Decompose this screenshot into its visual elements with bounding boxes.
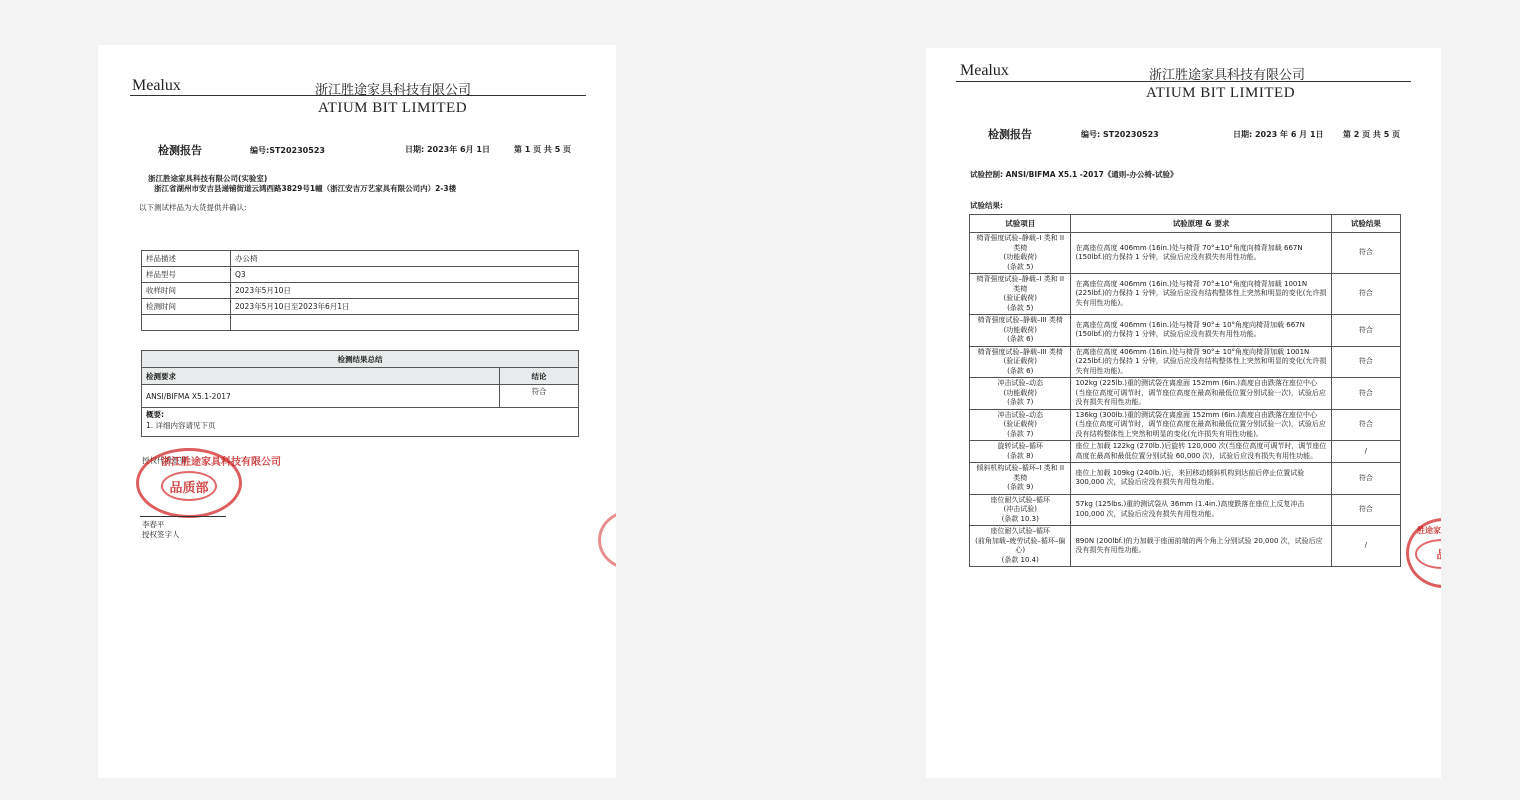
sample-info-row <box>142 315 579 331</box>
test-item: 冲击试验–动态 (验证载荷) (条款 7) <box>970 409 1071 441</box>
overview-text: 1. 详细内容请见下页 <box>146 420 574 431</box>
test-requirement: 57kg (125lbs.)重的测试袋从 36mm (1.4in.)高度跌落在座… <box>1071 494 1331 526</box>
header-rule <box>130 95 586 96</box>
test-result: 符合 <box>1331 409 1400 441</box>
test-result-row: 座位耐久试验–循环 (冲击试验) (条款 10.3)57kg (125lbs.)… <box>970 494 1401 526</box>
test-result: 符合 <box>1331 274 1400 315</box>
sample-info-value: 2023年5月10日至2023年6月1日 <box>231 299 579 315</box>
signatory-role: 授权签字人 <box>142 529 180 540</box>
company-name-en: ATIUM BIT LIMITED <box>318 100 467 117</box>
test-requirement: 136kg (300lb.)重的测试袋在离座面 152mm (6in.)高度自由… <box>1071 409 1331 441</box>
summary-overview: 概要: 1. 详细内容请见下页 <box>142 408 579 437</box>
report-date: 日期: 2023年 6月 1日 <box>405 144 490 155</box>
sample-info-label: 样品描述 <box>142 251 231 267</box>
test-result-row: 旋转试验–循环 (条款 8)座位上加载 122kg (270lb.)后旋转 12… <box>970 441 1401 463</box>
stamp-arc-text: 浙江胜途家具科技有限公司 <box>161 453 281 468</box>
test-result: / <box>1331 526 1400 567</box>
stamp-dept: 品 <box>1415 539 1441 569</box>
test-result-row: 椅背强度试验–静载–I 类和 II 类椅 (功能载荷) (条款 5)在离座位高度… <box>970 233 1401 274</box>
summary-conclusion: 符合 <box>500 385 579 408</box>
test-item: 椅背强度试验–静载–III 类椅 (功能载荷) (条款 6) <box>970 315 1071 347</box>
test-result: 符合 <box>1331 315 1400 347</box>
sample-info-row: 检测时间2023年5月10日至2023年6月1日 <box>142 299 579 315</box>
report-title: 检测报告 <box>158 142 202 158</box>
sample-info-row: 样品描述办公椅 <box>142 251 579 267</box>
test-item: 倾斜机构试验–循环–I 类和 II 类椅 (条款 9) <box>970 463 1071 495</box>
sample-info-label: 检测时间 <box>142 299 231 315</box>
test-results-table: 试验项目 试验原理 & 要求 试验结果 椅背强度试验–静载–I 类和 II 类椅… <box>969 214 1401 567</box>
brand-logo-text: Mealux <box>960 62 1009 80</box>
partial-seal-stamp-right-edge: 胜途家 品 <box>1406 518 1441 588</box>
col-test-item: 试验项目 <box>970 215 1071 233</box>
results-label: 试验结果: <box>970 200 1003 211</box>
col-conclusion: 结论 <box>500 368 579 385</box>
brand-logo-text: Mealux <box>132 77 181 95</box>
sample-info-value <box>231 315 579 331</box>
sample-info-value: Q3 <box>231 267 579 283</box>
test-requirement: 在离座位高度 406mm (16in.)处与椅背 70°±10°角度向椅背加载 … <box>1071 274 1331 315</box>
test-result-row: 椅背强度试验–静载–III 类椅 (功能载荷) (条款 6)在离座位高度 406… <box>970 315 1401 347</box>
lab-address: 浙江省湖州市安吉县递铺街道云鸿西路3829号1幢（浙江安吉万艺家具有限公司内）2… <box>154 183 456 194</box>
header-rule <box>956 81 1411 82</box>
report-number: 编号: ST20230523 <box>1081 129 1159 140</box>
test-result: 符合 <box>1331 378 1400 410</box>
test-requirement: 在离座位高度 406mm (16in.)处与椅背 90°± 10°角度向椅背加载… <box>1071 315 1331 347</box>
test-requirement: 在离座位高度 406mm (16in.)处与椅背 70°±10°角度向椅背加载 … <box>1071 233 1331 274</box>
stamp-dept: 品质部 <box>161 471 217 501</box>
test-item: 椅背强度试验–静载–I 类和 II 类椅 (功能载荷) (条款 5) <box>970 233 1071 274</box>
col-principle-requirement: 试验原理 & 要求 <box>1071 215 1331 233</box>
test-requirement: 座位上加载 109kg (240lb.)后，来回移动倾斜机构到达前后停止位置试验… <box>1071 463 1331 495</box>
sample-info-label: 收样时间 <box>142 283 231 299</box>
sample-info-label <box>142 315 231 331</box>
test-requirement: 102kg (225lb.)重的测试袋在离座面 152mm (6in.)高度自由… <box>1071 378 1331 410</box>
test-result: 符合 <box>1331 494 1400 526</box>
sample-info-row: 样品型号Q3 <box>142 267 579 283</box>
sample-info-table: 样品描述办公椅样品型号Q3收样时间2023年5月10日检测时间2023年5月10… <box>141 250 579 331</box>
stamp-arc-text: 胜途家 <box>1417 525 1441 536</box>
partial-seal-stamp-right-edge <box>598 510 616 570</box>
report-date: 日期: 2023 年 6 月 1日 <box>1233 129 1324 140</box>
test-result-row: 椅背强度试验–静载–I 类和 II 类椅 (验证载荷) (条款 5)在离座位高度… <box>970 274 1401 315</box>
company-name-en: ATIUM BIT LIMITED <box>1146 85 1295 102</box>
test-requirement: 座位上加载 122kg (270lb.)后旋转 120,000 次(当座位高度可… <box>1071 441 1331 463</box>
report-title: 检测报告 <box>988 126 1032 142</box>
test-result: / <box>1331 441 1400 463</box>
test-result: 符合 <box>1331 346 1400 378</box>
sample-info-label: 样品型号 <box>142 267 231 283</box>
test-item: 冲击试验–动态 (功能载荷) (条款 7) <box>970 378 1071 410</box>
report-page-2: Mealux 浙江胜途家具科技有限公司 ATIUM BIT LIMITED 检测… <box>926 48 1441 778</box>
test-result: 符合 <box>1331 463 1400 495</box>
sample-info-value: 办公椅 <box>231 251 579 267</box>
col-test-result: 试验结果 <box>1331 215 1400 233</box>
report-number: 编号:ST20230523 <box>250 145 325 156</box>
summary-title: 检测结果总结 <box>142 351 579 368</box>
test-result: 符合 <box>1331 233 1400 274</box>
overview-label: 概要: <box>146 409 574 420</box>
test-item: 旋转试验–循环 (条款 8) <box>970 441 1071 463</box>
signature-line <box>140 516 226 517</box>
sample-note: 以下测试样品为大货提供并确认: <box>139 202 247 213</box>
test-item: 椅背强度试验–静载–I 类和 II 类椅 (验证载荷) (条款 5) <box>970 274 1071 315</box>
col-requirement: 检测要求 <box>142 368 500 385</box>
report-page-1: Mealux 浙江胜途家具科技有限公司 ATIUM BIT LIMITED 检测… <box>98 45 616 778</box>
test-result-row: 冲击试验–动态 (功能载荷) (条款 7)102kg (225lb.)重的测试袋… <box>970 378 1401 410</box>
test-result-row: 倾斜机构试验–循环–I 类和 II 类椅 (条款 9)座位上加载 109kg (… <box>970 463 1401 495</box>
sample-info-value: 2023年5月10日 <box>231 283 579 299</box>
company-seal-stamp: 浙江胜途家具科技有限公司 品质部 <box>136 448 242 518</box>
test-result-row: 椅背强度试验–静载–III 类椅 (验证载荷) (条款 6)在离座位高度 406… <box>970 346 1401 378</box>
test-item: 椅背强度试验–静载–III 类椅 (验证载荷) (条款 6) <box>970 346 1071 378</box>
test-result-row: 冲击试验–动态 (验证载荷) (条款 7)136kg (300lb.)重的测试袋… <box>970 409 1401 441</box>
result-summary-table: 检测结果总结 检测要求 结论 ANSI/BIFMA X5.1-2017 符合 概… <box>141 350 579 437</box>
test-item: 座位耐久试验–循环 (冲击试验) (条款 10.3) <box>970 494 1071 526</box>
test-item: 座位耐久试验–循环 (前角加载–疲劳试验–循环–偏心) (条款 10.4) <box>970 526 1071 567</box>
sample-info-row: 收样时间2023年5月10日 <box>142 283 579 299</box>
page-indicator: 第 2 页 共 5 页 <box>1343 129 1400 140</box>
page-indicator: 第 1 页 共 5 页 <box>514 144 571 155</box>
test-result-row: 座位耐久试验–循环 (前角加载–疲劳试验–循环–偏心) (条款 10.4)890… <box>970 526 1401 567</box>
summary-requirement: ANSI/BIFMA X5.1-2017 <box>142 385 500 408</box>
test-requirement: 890N (200lbf.)的力加载于座面前端的两个角上分别试验 20,000 … <box>1071 526 1331 567</box>
test-requirement: 在离座位高度 406mm (16in.)处与椅背 90°± 10°角度向椅背加载… <box>1071 346 1331 378</box>
test-control: 试验控制: ANSI/BIFMA X5.1 -2017《通则-办公椅-试验》 <box>970 169 1178 180</box>
